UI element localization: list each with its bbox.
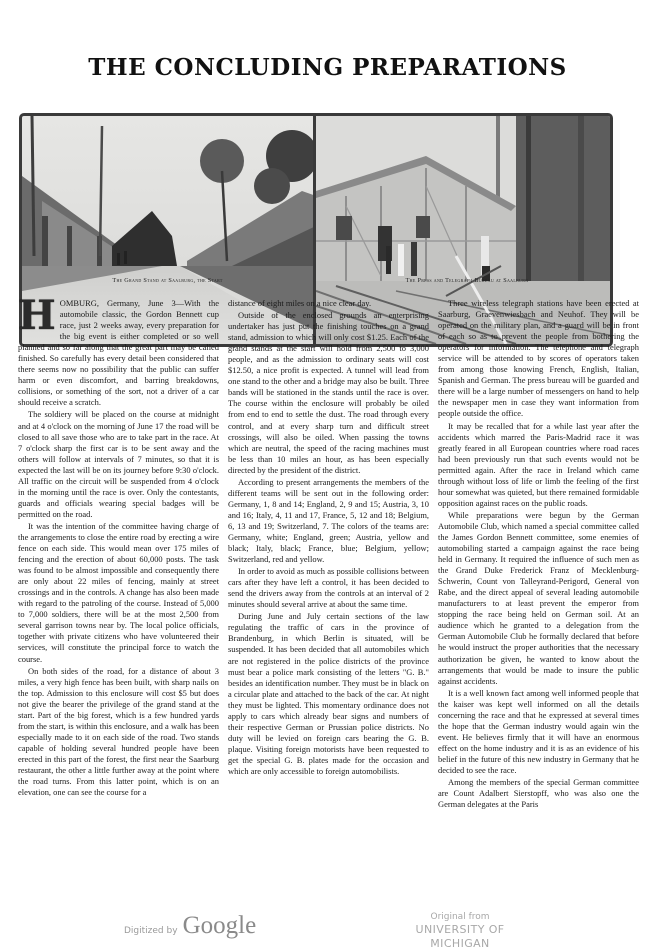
article-paragraph: It may be recalled that for a while last… (438, 421, 639, 509)
photo-caption-press-bureau: The Press and Telegraph Bureau at Saalbu… (320, 277, 614, 284)
photo-caption-grand-stand: The Grand Stand at Saalburg, the Start (19, 277, 316, 284)
article-paragraph: While preparations were begun by the Ger… (438, 510, 639, 687)
magazine-page: THE CONCLUDING PREPARATIONS (0, 0, 655, 950)
original-from-watermark: Original from UNIVERSITY OF MICHIGAN (385, 911, 535, 950)
article-column-2: distance of eight miles on a nice clear … (228, 298, 429, 896)
article-paragraph: distance of eight miles on a nice clear … (228, 298, 429, 309)
drop-cap: H (18, 300, 56, 332)
digitized-label: Digitized by (124, 926, 178, 936)
article-paragraph: It is a well known fact among well infor… (438, 688, 639, 776)
article-paragraph: In order to avoid as much as possible co… (228, 566, 429, 610)
article-paragraph: During June and July certain sections of… (228, 611, 429, 777)
google-logo: Google (183, 912, 257, 940)
article-paragraph: Three wireless telegraph stations have b… (438, 298, 639, 420)
article-paragraph: HOMBURG, Germany, June 3—With the automo… (18, 298, 219, 408)
article-paragraph: Outside of the enclosed grounds an enter… (228, 310, 429, 476)
article-column-3: Three wireless telegraph stations have b… (438, 298, 639, 896)
article-body: HOMBURG, Germany, June 3—With the automo… (18, 298, 640, 896)
digitized-by-watermark: Digitized by Google (124, 912, 256, 940)
article-column-1: HOMBURG, Germany, June 3—With the automo… (18, 298, 219, 896)
page-title: THE CONCLUDING PREPARATIONS (0, 54, 655, 81)
institution-name: UNIVERSITY OF MICHIGAN (385, 923, 535, 950)
original-from-label: Original from (385, 911, 535, 923)
article-paragraph: On both sides of the road, for a distanc… (18, 666, 219, 799)
article-paragraph: According to present arrangements the me… (228, 477, 429, 565)
article-paragraph: The soldiery will be placed on the cours… (18, 409, 219, 519)
article-paragraph: It was the intention of the committee ha… (18, 521, 219, 665)
article-paragraph: Among the members of the special German … (438, 777, 639, 810)
